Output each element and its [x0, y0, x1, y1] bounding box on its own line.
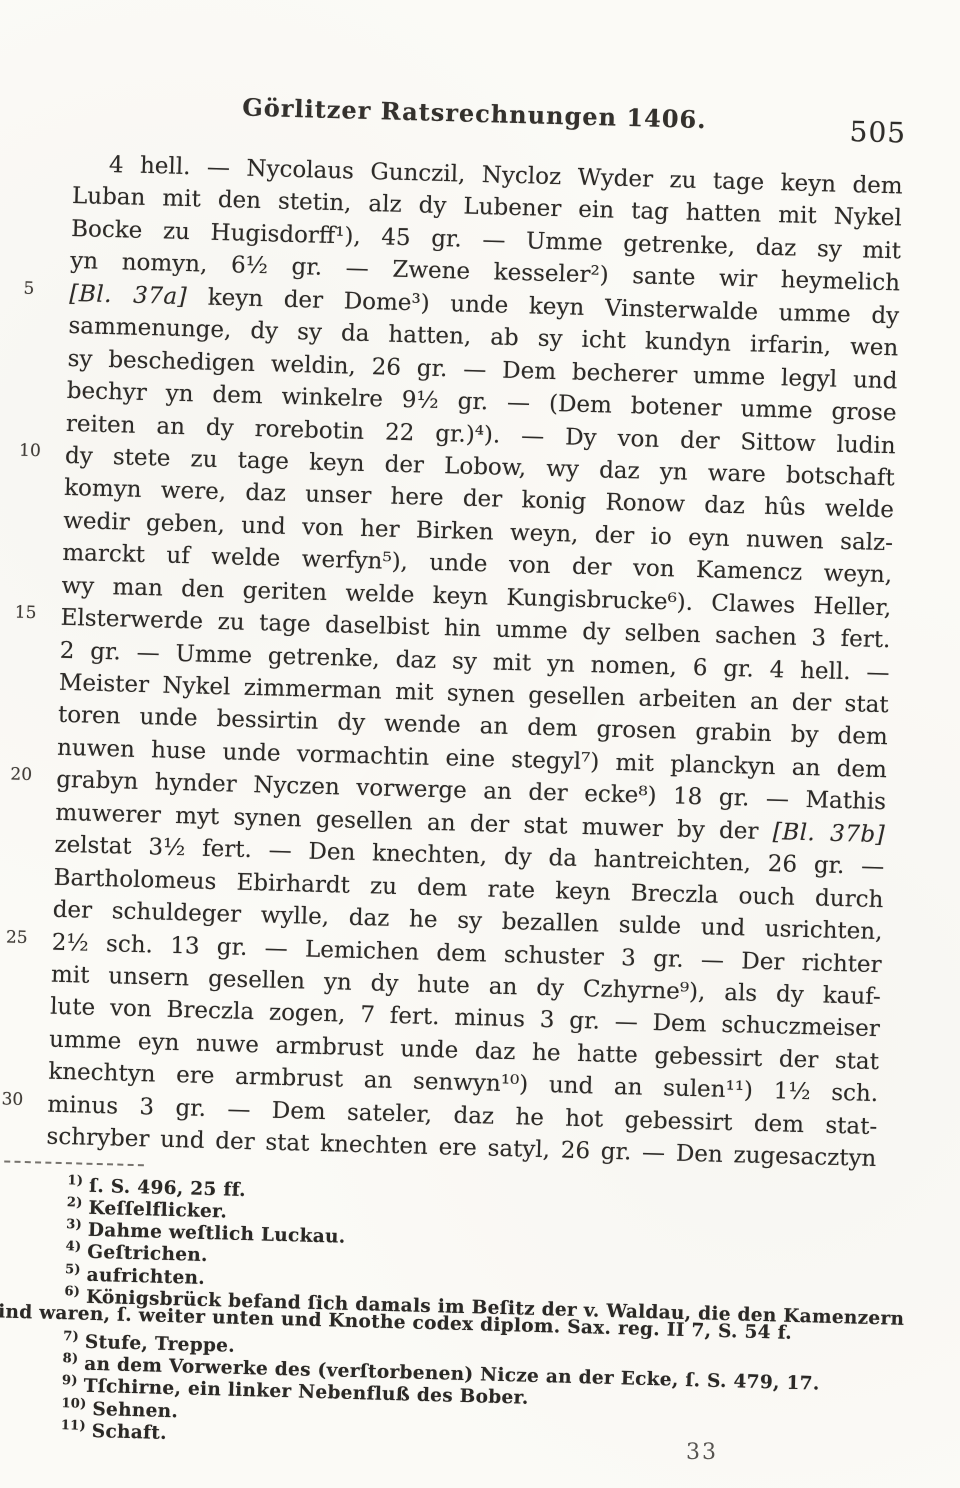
- footnote-number: 4): [65, 1240, 81, 1255]
- footnote-number: 7): [63, 1329, 79, 1344]
- footnote-number: 1): [67, 1173, 83, 1188]
- footnote-number: 2): [67, 1195, 83, 1210]
- running-title: Görlitzer Ratsrechnungen 1406.: [74, 88, 904, 139]
- margin-line-number: 20: [10, 767, 32, 785]
- margin-line-number: 15: [15, 605, 37, 623]
- footnote-number: 5): [65, 1262, 81, 1277]
- margin-line-number: 5: [23, 280, 34, 297]
- margin-line-number: 10: [19, 443, 41, 461]
- text-block: 4 hell. — Nycolaus Gunczil, Nycloz Wyder…: [46, 148, 903, 1176]
- margin-line-number: 30: [1, 1091, 23, 1109]
- footnote-number: 11): [61, 1418, 87, 1434]
- sheet-signature-number: 33: [686, 1440, 718, 1465]
- footnote-text: Schaft.: [92, 1421, 168, 1444]
- page-number: 505: [849, 115, 906, 150]
- footnote-separator: [0, 1160, 144, 1166]
- footnote-number: 8): [62, 1351, 78, 1366]
- footnote-number: 9): [62, 1373, 78, 1388]
- footnote-number: 6): [64, 1284, 80, 1299]
- scanned-book-page: Görlitzer Ratsrechnungen 1406. 505 4 hel…: [0, 0, 960, 1488]
- page-content: Görlitzer Ratsrechnungen 1406. 505 4 hel…: [39, 88, 905, 1459]
- footnotes-block: 1)ſ. S. 496, 25 ff.2)Keſſelflicker.3)Dah…: [39, 1169, 876, 1459]
- page-header: Görlitzer Ratsrechnungen 1406. 505: [74, 88, 905, 144]
- footnote-number: 3): [66, 1217, 82, 1232]
- footnote-number: 10): [61, 1396, 87, 1412]
- margin-line-number: 25: [6, 929, 28, 947]
